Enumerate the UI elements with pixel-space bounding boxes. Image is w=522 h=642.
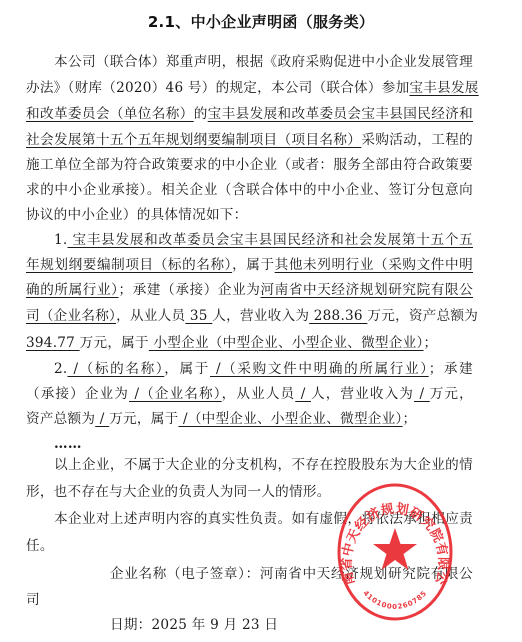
blank-underlined: / bbox=[295, 386, 311, 402]
staff-count: 35 bbox=[185, 308, 212, 324]
text: 采购活动，工程的 bbox=[361, 132, 473, 148]
closing-line-2: 形，也不存在与大企业的负责人为同一人的情形。 bbox=[26, 482, 473, 502]
text: 人，营业收入为 bbox=[311, 386, 414, 402]
text: 资产总额为 bbox=[26, 411, 95, 427]
revenue-value: 288.36 bbox=[309, 308, 367, 324]
project-name-underlined: 宝丰县发展和改革委员会宝丰县国民经济和 bbox=[208, 106, 473, 122]
text: ，属于 bbox=[232, 257, 275, 273]
item1-line-4: 司（企业名称），从业人员 35 人，营业收入为 288.36 万元，资产总额为 bbox=[26, 306, 473, 326]
text: ； bbox=[424, 335, 438, 351]
item2-line-2: （承接）企业为 /（企业名称），从业人员 / 人，营业收入为 / 万元， bbox=[26, 384, 473, 404]
signature-label: 企业名称（电子签章）： bbox=[110, 566, 260, 582]
intro-line-7: 协议的中小企业）的具体情况如下： bbox=[26, 205, 473, 225]
blank-underlined: / bbox=[414, 386, 430, 402]
text: ，属于 bbox=[164, 361, 210, 377]
blank-underlined: /（企业名称） bbox=[129, 386, 222, 402]
item1-line-2: 年规划纲要编制项目（标的名称），属于其他未列明行业（采购文件中明 bbox=[26, 255, 473, 275]
closing-line-4: 任。 bbox=[26, 536, 473, 556]
intro-line-1: 本公司（联合体）郑重声明，根据《政府采购促进中小企业发展管理 bbox=[54, 52, 473, 72]
document-page: 2.1、中小企业声明函（服务类） 本公司（联合体）郑重声明，根据《政府采购促进中… bbox=[0, 0, 522, 642]
page-title: 2.1、中小企业声明函（服务类） bbox=[0, 11, 522, 32]
project-name-underlined: 社会发展第十五个五年规划纲要编制项目（项目名称） bbox=[26, 132, 361, 148]
item-number: 2. bbox=[54, 361, 67, 377]
signature-line-2: 司 bbox=[26, 590, 473, 610]
blank-underlined: / bbox=[95, 411, 109, 427]
unit-name-underlined: 宝丰县发展 bbox=[409, 80, 478, 96]
text: ；承建 bbox=[429, 361, 473, 377]
subject-name-underlined: 宝丰县发展和改革委员会宝丰县国民经济和社会发展第十五个五 bbox=[67, 232, 473, 248]
intro-line-3: 和改革委员会（单位名称）的宝丰县发展和改革委员会宝丰县国民经济和 bbox=[26, 104, 473, 124]
text: ；承建（承接）企业为 bbox=[119, 282, 261, 298]
unit-name-underlined: 和改革委员会（单位名称） bbox=[26, 106, 194, 122]
text: 万元， bbox=[430, 386, 473, 402]
text: ，从业人员 bbox=[222, 386, 296, 402]
item2-line-3: 资产总额为 / 万元，属于 /（中型企业、小型企业、微型企业）； bbox=[26, 409, 473, 429]
company-name-underlined: 河南省中天经济规划研究院有限公 bbox=[260, 282, 473, 298]
text: 人，营业收入为 bbox=[212, 308, 309, 324]
intro-line-4: 社会发展第十五个五年规划纲要编制项目（项目名称）采购活动，工程的 bbox=[26, 130, 473, 150]
text: 万元，属于 bbox=[80, 335, 149, 351]
item1-line-5: 394.77 万元，属于 小型企业（中型企业、小型企业、微型企业）； bbox=[26, 333, 473, 353]
closing-line-1: 以上企业，不属于大企业的分支机构，不存在控股股东为大企业的情 bbox=[54, 455, 473, 475]
item-number: 1. bbox=[54, 232, 67, 248]
intro-line-2: 办法》（财库（2020）46 号）的规定，本公司（联合体）参加宝丰县发展 bbox=[26, 78, 473, 98]
ellipsis: …… bbox=[54, 434, 473, 454]
date-value: 2025 年 9 月 23 日 bbox=[152, 617, 279, 633]
text: （承接）企业为 bbox=[26, 386, 129, 402]
text: 任。 bbox=[26, 538, 54, 554]
closing-line-3: 本企业对上述声明内容的真实性负责。如有虚假，将依法承担相应责 bbox=[54, 509, 473, 529]
text: 施工单位全部为符合政策要求的中小企业（或者：服务全部由符合政策要 bbox=[26, 157, 473, 173]
item2-line-1: 2. /（标的名称），属于 /（采购文件中明确的所属行业）；承建 bbox=[54, 359, 473, 379]
blank-underlined: /（采购文件中明确的所属行业） bbox=[210, 361, 429, 377]
assets-value: 394.77 bbox=[26, 335, 80, 351]
intro-line-5: 施工单位全部为符合政策要求的中小企业（或者：服务全部由符合政策要 bbox=[26, 155, 473, 175]
text: ； bbox=[403, 411, 417, 427]
text: 本企业对上述声明内容的真实性负责。如有虚假，将依法承担相应责 bbox=[54, 511, 473, 527]
text: 的 bbox=[194, 106, 208, 122]
blank-underlined: /（中型企业、小型企业、微型企业） bbox=[178, 411, 402, 427]
industry-underlined: 确的所属行业） bbox=[26, 282, 119, 298]
subject-name-underlined: 年规划纲要编制项目（标的名称） bbox=[26, 257, 232, 273]
company-name-underlined: 司（企业名称） bbox=[26, 308, 116, 324]
text: 万元，资产总额为 bbox=[367, 308, 478, 324]
text: 办法》（财库（2020）46 号）的规定，本公司（联合体）参加 bbox=[26, 80, 409, 96]
text: 协议的中小企业）的具体情况如下： bbox=[26, 207, 248, 223]
item1-line-3: 确的所属行业）；承建（承接）企业为河南省中天经济规划研究院有限公 bbox=[26, 280, 473, 300]
industry-underlined: 其他未列明行业（采购文件中明 bbox=[275, 257, 473, 273]
text: 求的中小企业承接）。相关企业（含联合体中的中小企业、签订分包意向 bbox=[26, 182, 473, 198]
signature-company: 河南省中天经济规划研究院有限公 bbox=[260, 566, 473, 582]
item1-line-1: 1. 宝丰县发展和改革委员会宝丰县国民经济和社会发展第十五个五 bbox=[54, 230, 473, 250]
signature-company-cont: 司 bbox=[26, 592, 40, 608]
text: 以上企业，不属于大企业的分支机构，不存在控股股东为大企业的情 bbox=[54, 457, 473, 473]
text: ，从业人员 bbox=[116, 308, 185, 324]
date-label: 日期： bbox=[110, 617, 152, 633]
text: 形，也不存在与大企业的负责人为同一人的情形。 bbox=[26, 484, 331, 500]
enterprise-size-underlined: 小型企业（中型企业、小型企业、微型企业） bbox=[149, 335, 424, 351]
date-line: 日期：2025 年 9 月 23 日 bbox=[110, 615, 410, 635]
intro-line-6: 求的中小企业承接）。相关企业（含联合体中的中小企业、签订分包意向 bbox=[26, 180, 473, 200]
text: 万元，属于 bbox=[109, 411, 178, 427]
blank-underlined: /（标的名称） bbox=[67, 361, 164, 377]
text: 本公司（联合体）郑重声明，根据《政府采购促进中小企业发展管理 bbox=[54, 54, 473, 70]
signature-line: 企业名称（电子签章）：河南省中天经济规划研究院有限公 bbox=[110, 564, 473, 584]
